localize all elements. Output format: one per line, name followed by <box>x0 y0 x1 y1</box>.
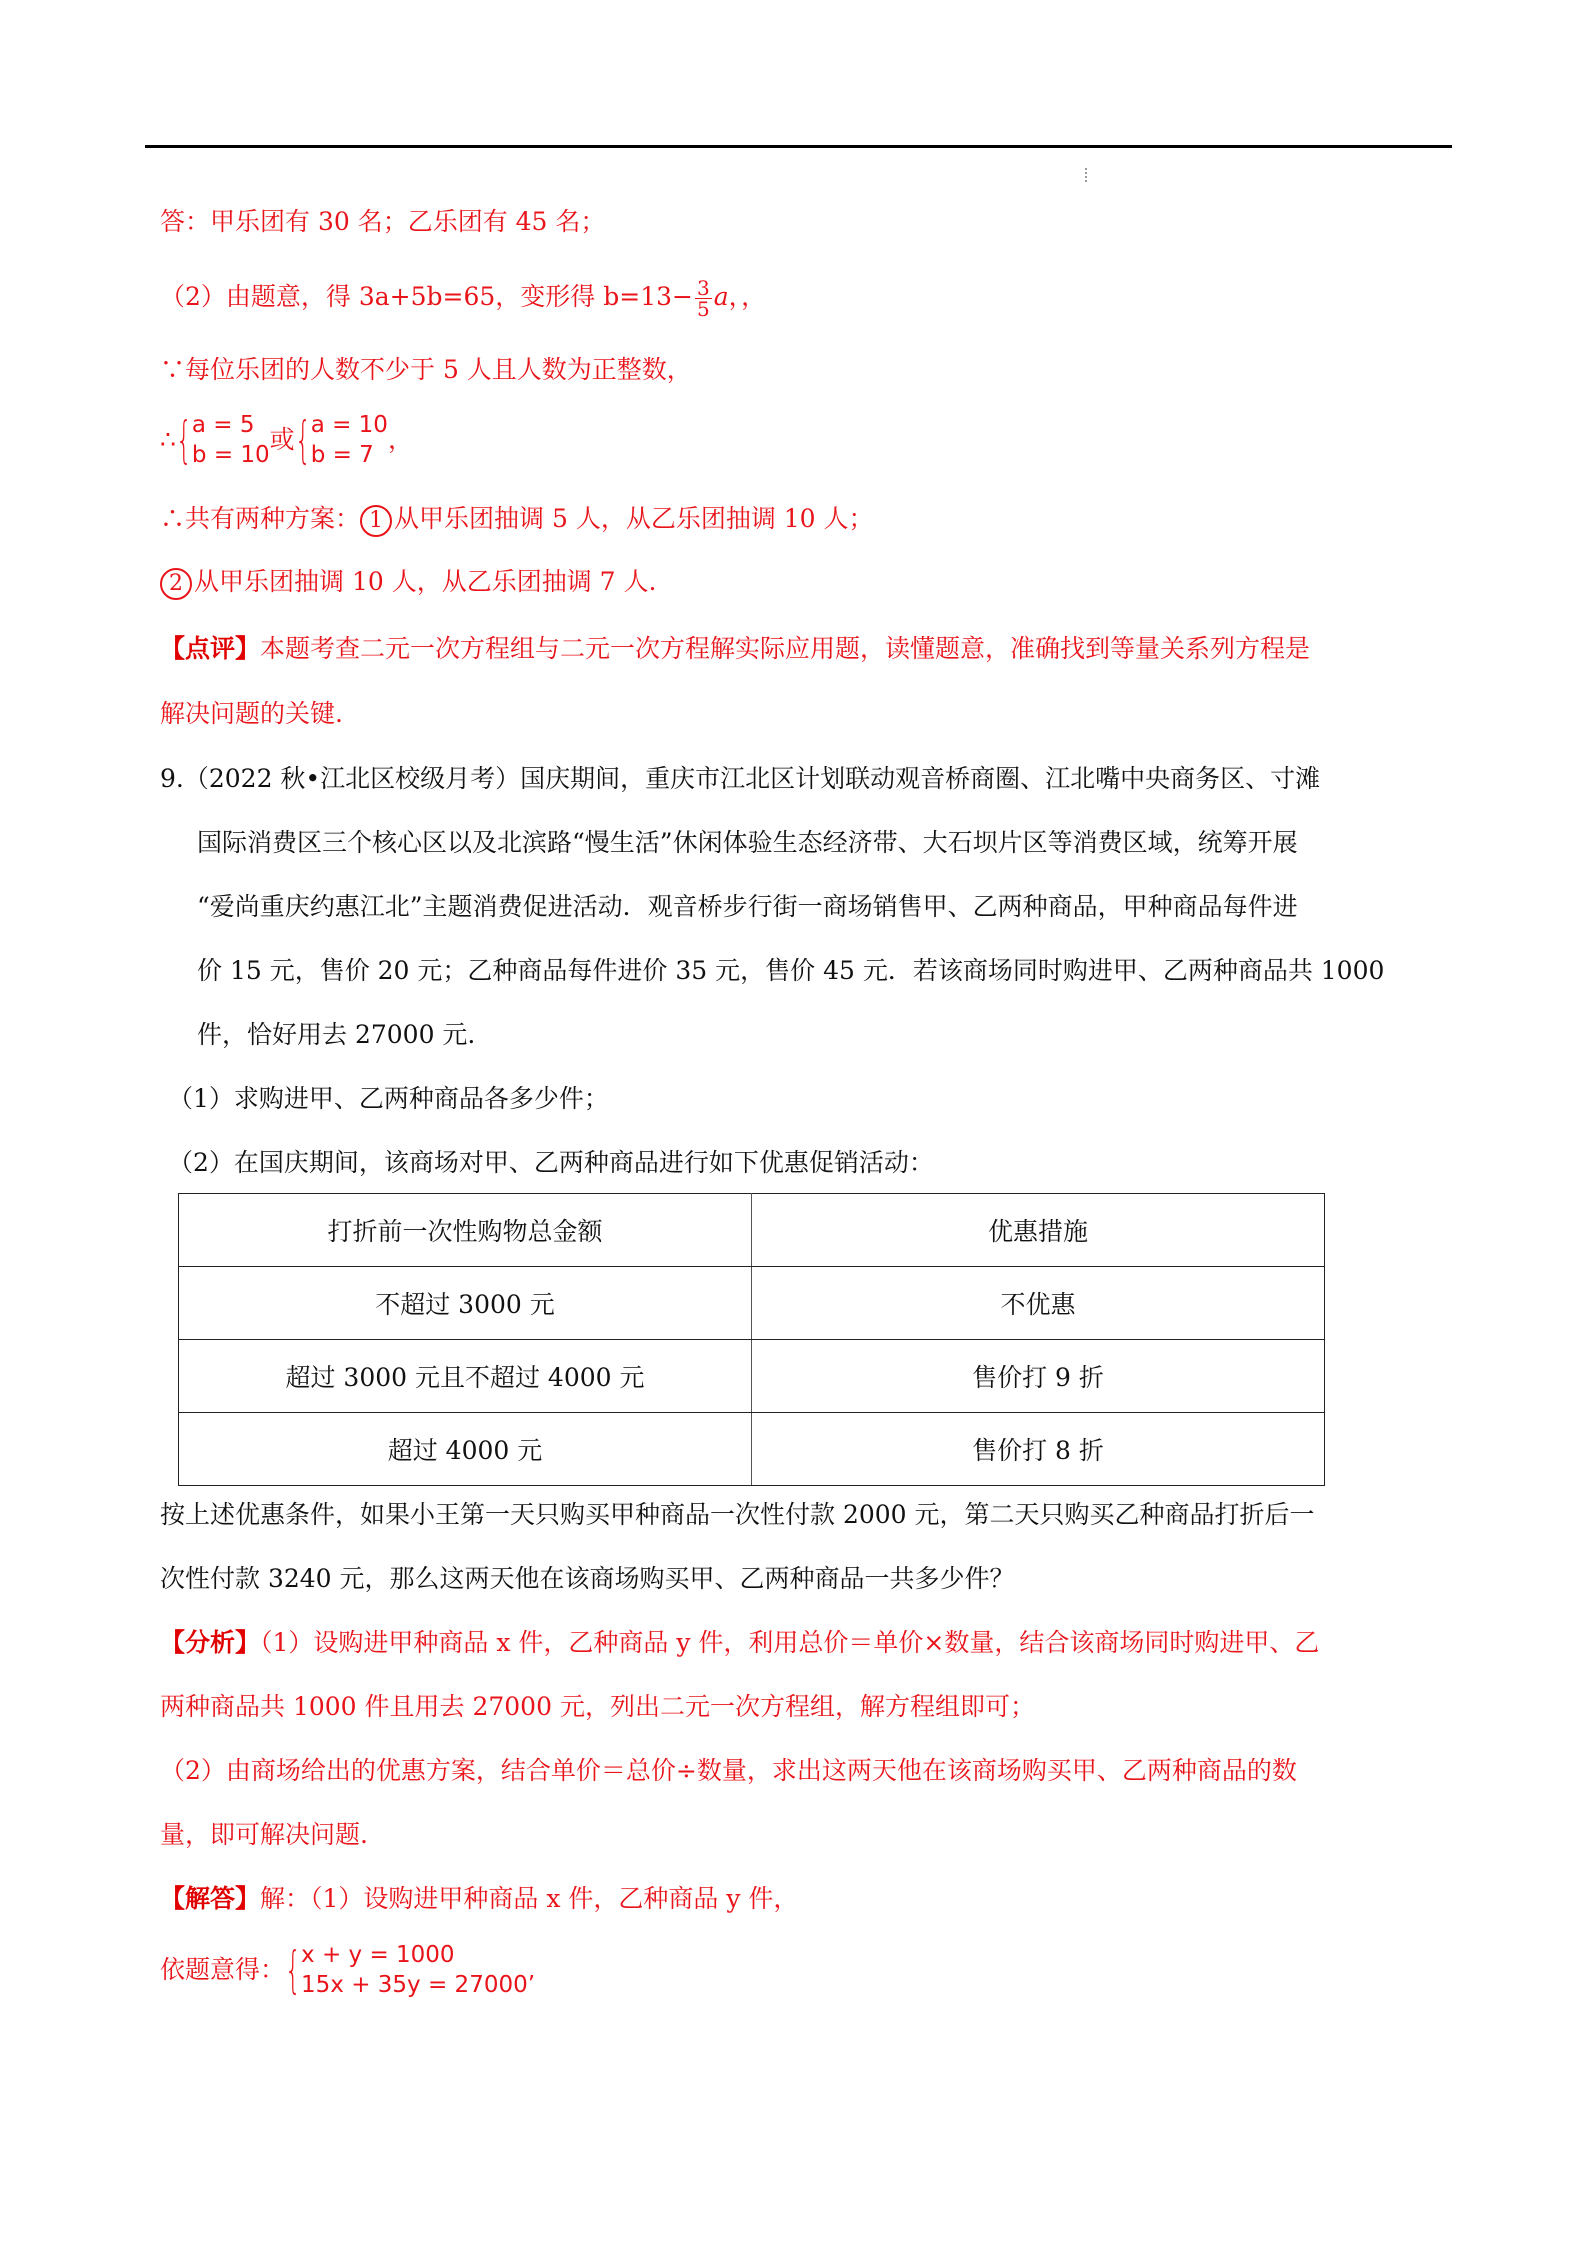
table-cell: 不超过 3000 元 <box>179 1267 752 1340</box>
solution-system-line: 依题意得：x + y = 100015x + 35y = 27000’ <box>160 1940 535 2000</box>
table-cell: 超过 3000 元且不超过 4000 元 <box>179 1340 752 1413</box>
table-header-row: 打折前一次性购物总金额 优惠措施 <box>179 1194 1325 1267</box>
table-cell: 售价打 9 折 <box>752 1340 1325 1413</box>
system1-row-b: b = 10 <box>192 440 270 470</box>
system1-row-a: a = 5 <box>192 410 270 440</box>
plans-prefix: ∴共有两种方案： <box>160 504 360 533</box>
comment-tag: 【点评】 <box>160 634 260 663</box>
table-header-cell: 优惠措施 <box>752 1194 1325 1267</box>
problem-9-line-5: 件，恰好用去 27000 元. <box>197 1018 475 1052</box>
circled-number-1: 1 <box>360 505 392 537</box>
plan-1-text: 从甲乐团抽调 5 人，从乙乐团抽调 10 人； <box>394 504 874 533</box>
header-rule <box>145 145 1452 148</box>
problem-9-line-1: 9.（2022 秋•江北区校级月考）国庆期间，重庆市江北区计划联动观音桥商圈、江… <box>160 762 1320 796</box>
constraint-line: ∵每位乐团的人数不少于 5 人且人数为正整数， <box>160 353 692 387</box>
plan-2-text: 从甲乐团抽调 10 人，从乙乐团抽调 7 人. <box>194 567 656 596</box>
system-suffix: ， <box>388 425 413 454</box>
fraction-denominator: 5 <box>695 299 712 319</box>
or-label: 或 <box>270 425 295 454</box>
equation: 3a+5b=65 <box>359 282 495 311</box>
analysis-tag: 【分析】 <box>160 1628 260 1657</box>
table-cell: 不优惠 <box>752 1267 1325 1340</box>
comment-text-1: 本题考查二元一次方程组与二元一次方程解实际应用题，读懂题意，准确找到等量关系列方… <box>260 634 1310 663</box>
analysis-line-3: （2）由商场给出的优惠方案，结合单价＝总价÷数量，求出这两天他在该商场购买甲、乙… <box>160 1754 1297 1788</box>
therefore-symbol: ∴ <box>160 425 176 454</box>
solution-line-1: 【解答】解：（1）设购进甲种商品 x 件，乙种商品 y 件， <box>160 1882 798 1916</box>
page-marker <box>1085 168 1089 182</box>
analysis-line-4: 量，即可解决问题. <box>160 1818 368 1852</box>
fraction: 35 <box>695 278 712 319</box>
problem-number: 9. <box>160 764 184 793</box>
transform-lhs: b=13− <box>603 282 693 311</box>
promotion-table: 打折前一次性购物总金额 优惠措施 不超过 3000 元 不优惠 超过 3000 … <box>178 1193 1325 1486</box>
answer-summary: 答：甲乐团有 30 名；乙乐团有 45 名； <box>160 205 605 239</box>
followup-line-2: 次性付款 3240 元，那么这两天他在该商场购买甲、乙两种商品一共多少件？ <box>160 1562 1015 1596</box>
question-1: （1）求购进甲、乙两种商品各多少件； <box>168 1082 609 1116</box>
question-2: （2）在国庆期间，该商场对甲、乙两种商品进行如下优惠促销活动： <box>168 1146 934 1180</box>
table-row: 不超过 3000 元 不优惠 <box>179 1267 1325 1340</box>
system2-row-a: a = 10 <box>311 410 388 440</box>
equation-row-2: 15x + 35y = 27000’ <box>301 1970 535 2000</box>
circled-number-2: 2 <box>160 568 192 600</box>
solutions-line: ∴a = 5b = 10或a = 10b = 7， <box>160 410 413 470</box>
comment-line-1: 【点评】本题考查二元一次方程组与二元一次方程解实际应用题，读懂题意，准确找到等量… <box>160 632 1310 666</box>
transform-mid: ，变形得 <box>495 282 603 311</box>
solution-tag: 【解答】 <box>160 1884 260 1913</box>
comment-line-2: 解决问题的关键. <box>160 697 343 731</box>
transform-prefix: （2）由题意，得 <box>160 282 359 311</box>
problem-text-1: （2022 秋•江北区校级月考）国庆期间，重庆市江北区计划联动观音桥商圈、江北嘴… <box>184 764 1320 793</box>
table-cell: 售价打 8 折 <box>752 1413 1325 1486</box>
equation-system: x + y = 100015x + 35y = 27000’ <box>285 1940 535 2000</box>
transform-suffix: ，， <box>729 282 767 311</box>
problem-9-line-3: “爱尚重庆约惠江北”主题消费促进活动．观音桥步行街一商场销售甲、乙两种商品，甲种… <box>197 890 1298 924</box>
table-cell: 超过 4000 元 <box>179 1413 752 1486</box>
system-solution-1: a = 5b = 10 <box>176 410 270 470</box>
fraction-numerator: 3 <box>695 278 712 299</box>
system-solution-2: a = 10b = 7 <box>295 410 388 470</box>
transform-var: a <box>714 282 729 311</box>
problem-9-line-2: 国际消费区三个核心区以及北滨路“慢生活”休闲体验生态经济带、大石坝片区等消费区域… <box>197 826 1298 860</box>
solution-text-1: 解：（1）设购进甲种商品 x 件，乙种商品 y 件， <box>260 1884 798 1913</box>
table-header-cell: 打折前一次性购物总金额 <box>179 1194 752 1267</box>
analysis-text-1: （1）设购进甲种商品 x 件，乙种商品 y 件，利用总价＝单价×数量，结合该商场… <box>260 1628 1319 1657</box>
table-row: 超过 3000 元且不超过 4000 元 售价打 9 折 <box>179 1340 1325 1413</box>
problem-9-line-4: 价 15 元，售价 20 元；乙种商品每件进价 35 元，售价 45 元．若该商… <box>197 954 1384 988</box>
answer-part2-transform: （2）由题意，得 3a+5b=65，变形得 b=13−35a，， <box>160 278 766 319</box>
followup-line-1: 按上述优惠条件，如果小王第一天只购买甲种商品一次性付款 2000 元，第二天只购… <box>160 1498 1315 1532</box>
table-row: 超过 4000 元 售价打 8 折 <box>179 1413 1325 1486</box>
plan-2-line: 2从甲乐团抽调 10 人，从乙乐团抽调 7 人. <box>160 565 656 600</box>
plan-1-line: ∴共有两种方案：1从甲乐团抽调 5 人，从乙乐团抽调 10 人； <box>160 502 874 537</box>
analysis-line-1: 【分析】（1）设购进甲种商品 x 件，乙种商品 y 件，利用总价＝单价×数量，结… <box>160 1626 1319 1660</box>
analysis-line-2: 两种商品共 1000 件且用去 27000 元，列出二元一次方程组，解方程组即可… <box>160 1690 1035 1724</box>
equation-row-1: x + y = 1000 <box>301 1940 535 1970</box>
system2-row-b: b = 7 <box>311 440 388 470</box>
system-label: 依题意得： <box>160 1955 285 1984</box>
